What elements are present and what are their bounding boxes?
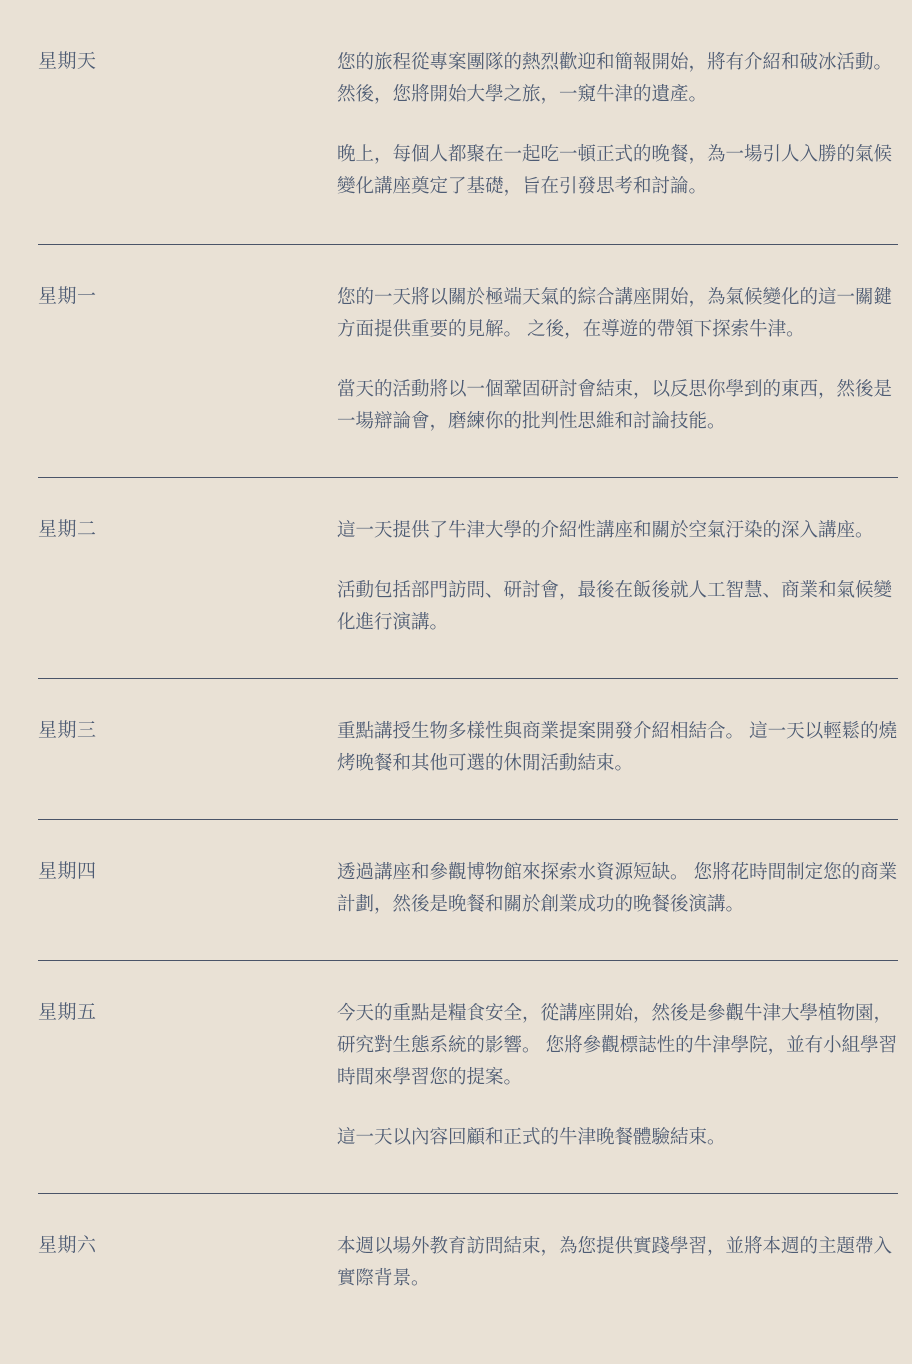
day-description-monday: 您的一天將以關於極端天氣的綜合講座開始，為氣候變化的這一關鍵方面提供重要的見解。… [337, 281, 898, 437]
day-label-monday: 星期一 [38, 281, 337, 313]
paragraph: 您的一天將以關於極端天氣的綜合講座開始，為氣候變化的這一關鍵方面提供重要的見解。… [337, 281, 898, 345]
day-label-sunday: 星期天 [38, 46, 337, 78]
paragraph: 本週以場外教育訪問結束，為您提供實踐學習，並將本週的主題帶入實際背景。 [337, 1230, 898, 1294]
day-description-wednesday: 重點講授生物多樣性與商業提案開發介紹相結合。 這一天以輕鬆的燒烤晚餐和其他可選的… [337, 715, 898, 779]
day-description-tuesday: 這一天提供了牛津大學的介紹性講座和關於空氣汙染的深入講座。 活動包括部門訪問、研… [337, 514, 898, 638]
day-label-friday: 星期五 [38, 997, 337, 1029]
day-row-monday: 星期一 您的一天將以關於極端天氣的綜合講座開始，為氣候變化的這一關鍵方面提供重要… [38, 244, 898, 477]
day-row-tuesday: 星期二 這一天提供了牛津大學的介紹性講座和關於空氣汙染的深入講座。 活動包括部門… [38, 477, 898, 678]
day-label-saturday: 星期六 [38, 1230, 337, 1262]
paragraph: 當天的活動將以一個鞏固研討會結束，以反思你學到的東西，然後是一場辯論會，磨練你的… [337, 373, 898, 437]
day-row-sunday: 星期天 您的旅程從專案團隊的熱烈歡迎和簡報開始，將有介紹和破冰活動。然後，您將開… [38, 0, 898, 244]
day-label-tuesday: 星期二 [38, 514, 337, 546]
paragraph: 這一天提供了牛津大學的介紹性講座和關於空氣汙染的深入講座。 [337, 514, 898, 546]
day-description-friday: 今天的重點是糧食安全，從講座開始，然後是參觀牛津大學植物園，研究對生態系統的影響… [337, 997, 898, 1153]
paragraph: 重點講授生物多樣性與商業提案開發介紹相結合。 這一天以輕鬆的燒烤晚餐和其他可選的… [337, 715, 898, 779]
day-row-wednesday: 星期三 重點講授生物多樣性與商業提案開發介紹相結合。 這一天以輕鬆的燒烤晚餐和其… [38, 678, 898, 819]
weekly-itinerary: 星期天 您的旅程從專案團隊的熱烈歡迎和簡報開始，將有介紹和破冰活動。然後，您將開… [38, 0, 898, 1334]
paragraph: 活動包括部門訪問、研討會，最後在飯後就人工智慧、商業和氣候變化進行演講。 [337, 574, 898, 638]
day-description-thursday: 透過講座和參觀博物館來探索水資源短缺。 您將花時間制定您的商業計劃，然後是晚餐和… [337, 856, 898, 920]
day-row-saturday: 星期六 本週以場外教育訪問結束，為您提供實踐學習，並將本週的主題帶入實際背景。 [38, 1193, 898, 1334]
day-row-thursday: 星期四 透過講座和參觀博物館來探索水資源短缺。 您將花時間制定您的商業計劃，然後… [38, 819, 898, 960]
paragraph: 晚上，每個人都聚在一起吃一頓正式的晚餐，為一場引人入勝的氣候變化講座奠定了基礎，… [337, 138, 898, 202]
paragraph: 您的旅程從專案團隊的熱烈歡迎和簡報開始，將有介紹和破冰活動。然後，您將開始大學之… [337, 46, 898, 110]
paragraph: 這一天以內容回顧和正式的牛津晚餐體驗結束。 [337, 1121, 898, 1153]
paragraph: 今天的重點是糧食安全，從講座開始，然後是參觀牛津大學植物園，研究對生態系統的影響… [337, 997, 898, 1093]
day-row-friday: 星期五 今天的重點是糧食安全，從講座開始，然後是參觀牛津大學植物園，研究對生態系… [38, 960, 898, 1193]
day-description-saturday: 本週以場外教育訪問結束，為您提供實踐學習，並將本週的主題帶入實際背景。 [337, 1230, 898, 1294]
day-description-sunday: 您的旅程從專案團隊的熱烈歡迎和簡報開始，將有介紹和破冰活動。然後，您將開始大學之… [337, 46, 898, 202]
day-label-thursday: 星期四 [38, 856, 337, 888]
paragraph: 透過講座和參觀博物館來探索水資源短缺。 您將花時間制定您的商業計劃，然後是晚餐和… [337, 856, 898, 920]
day-label-wednesday: 星期三 [38, 715, 337, 747]
